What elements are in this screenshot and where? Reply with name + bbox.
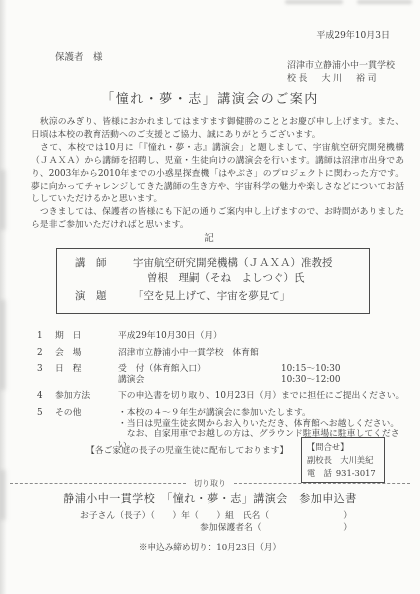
addressee: 保護者 様 (55, 49, 103, 63)
principal-name: 校長 大川 裕司 (287, 73, 395, 86)
speaker-name: 曽根 理嗣（そね よしつぐ）氏 (75, 271, 369, 286)
schedule-row: 受 付（体育館入口） 10:15～10:30 (118, 364, 409, 375)
schedule-event: 講演会 (118, 375, 281, 386)
schedule-time: 10:30～12:00 (281, 375, 341, 386)
topic-title: 「空を見上げて、宇宙を夢見て」 (133, 289, 290, 304)
form-deadline: ※申込み締め切り：10月23日（月） (0, 541, 420, 553)
note-line: ・当日は児童生徒玄関からお入りいただき、体育館へお越しください。 (118, 419, 409, 430)
contact-box: 【問合せ】 副校長 大川美紀 電 話 931-3017 (301, 437, 385, 483)
document-date: 平成29年10月3日 (316, 28, 390, 41)
scan-smudge (0, 170, 6, 230)
scan-smudge (0, 300, 6, 390)
paragraph-invitation: つきましては、保護者の皆様にも下記の通りご案内申し上げますので、お時間がありまし… (31, 206, 404, 232)
cut-label: 切り取り (186, 478, 234, 489)
speaker-organization: 宇宙航空研究開発機構（ＪＡＸＡ）准教授 (133, 256, 333, 271)
contact-title: 【問合せ】 (307, 441, 379, 454)
speaker-box: 講 師 宇宙航空研究開発機構（ＪＡＸＡ）准教授 曽根 理嗣（そね よしつぐ）氏 … (56, 248, 370, 314)
distribution-note: 【各ご家庭の長子の児童生徒に配布しております】 (86, 443, 288, 456)
guardian-field: 参加保護者名（ (200, 520, 262, 533)
paragraph-greeting: 秋涼のみぎり、皆様におかれましてはますます御健勝のこととお慶び申し上げます。また… (31, 116, 404, 142)
ki-marker: 記 (0, 230, 420, 244)
detail-item-date: 1 期 日 平成29年10月30日（月） (37, 331, 409, 342)
detail-item-howto: 4 参加方法 下の申込書を切り取り、10月23日（月）までに担任にご提出ください… (37, 391, 409, 402)
schedule-row: 講演会 10:30～12:00 (118, 375, 409, 386)
item-value: 下の申込書を切り取り、10月23日（月）までに担任にご提出ください。 (118, 391, 409, 402)
cut-line: 切り取り (10, 478, 410, 489)
item-number: 5 (37, 408, 55, 450)
guardian-close-paren: ） (343, 520, 352, 533)
cut-dash-right (234, 483, 410, 484)
scan-smudge (285, 0, 343, 4)
form-title: 静浦小中一貫学校 「憧れ・夢・志」講演会 参加申込書 (0, 490, 420, 506)
scan-smudge (357, 0, 412, 4)
paragraph-event-intro: さて、本校では10月に「『憧れ・夢・志』講演会」と題しまして、宇宙航空研究開発機… (31, 142, 404, 207)
schedule-event: 受 付（体育館入口） (118, 364, 281, 375)
speaker-label: 講 師 (75, 256, 133, 271)
item-value: 沼津市立静浦小中一貫学校 体育館 (118, 348, 409, 359)
item-value: 平成29年10月30日（月） (118, 331, 409, 342)
schedule-time: 10:15～10:30 (281, 364, 341, 375)
form-guardian-line: 参加保護者名（ ） (200, 520, 352, 533)
scanned-letter-page: 平成29年10月3日 保護者 様 沼津市立静浦小中一貫学校 校長 大川 裕司 「… (0, 0, 420, 594)
item-label: 会 場 (55, 348, 118, 359)
item-number: 3 (37, 364, 55, 385)
item-number: 1 (37, 331, 55, 342)
schedule-table: 受 付（体育館入口） 10:15～10:30 講演会 10:30～12:00 (118, 364, 409, 385)
item-label: 日 程 (55, 364, 118, 385)
item-label: 期 日 (55, 331, 118, 342)
school-name: 沼津市立静浦小中一貫学校 (287, 60, 395, 73)
cut-dash-left (10, 483, 186, 484)
item-number: 4 (37, 391, 55, 402)
page-title: 「憧れ・夢・志」講演会のご案内 (0, 88, 420, 107)
detail-item-venue: 2 会 場 沼津市立静浦小中一貫学校 体育館 (37, 348, 409, 359)
speaker-row: 講 師 宇宙航空研究開発機構（ＪＡＸＡ）准教授 (75, 256, 369, 271)
contact-person: 副校長 大川美紀 (307, 454, 379, 467)
topic-label: 演 題 (75, 289, 133, 304)
item-number: 2 (37, 348, 55, 359)
note-line: ・本校の４～９年生が講演会に参加いたします。 (118, 408, 409, 419)
body-text: 秋涼のみぎり、皆様におかれましてはますます御健勝のこととお慶び申し上げます。また… (31, 116, 404, 232)
sender-block: 沼津市立静浦小中一貫学校 校長 大川 裕司 (287, 60, 395, 85)
detail-item-schedule: 3 日 程 受 付（体育館入口） 10:15～10:30 講演会 10:30～1… (37, 364, 409, 385)
item-label: 参加方法 (55, 391, 118, 402)
topic-row: 演 題 「空を見上げて、宇宙を夢見て」 (75, 289, 369, 304)
